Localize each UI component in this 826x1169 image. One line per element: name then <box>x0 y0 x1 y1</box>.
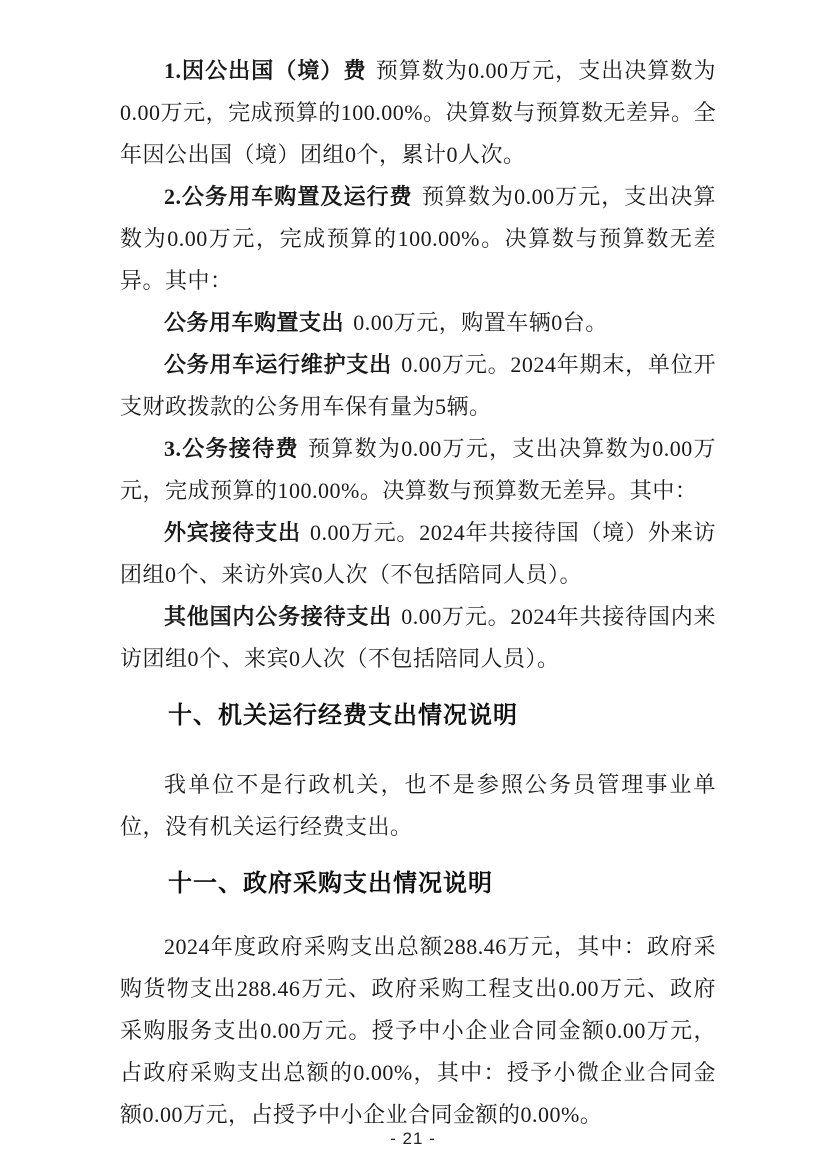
document-page: 1.因公出国（境）费预算数为0.00万元，支出决算数为0.00万元，完成预算的1… <box>0 0 826 1169</box>
para-org-operating-funds: 我单位不是行政机关，也不是参照公务员管理事业单位，没有机关运行经费支出。 <box>120 764 716 848</box>
para-vehicle-purchase-label: 公务用车购置支出 <box>164 310 344 335</box>
page-number: - 21 - <box>0 1129 826 1149</box>
para-vehicle-maintenance: 公务用车运行维护支出0.00万元。2024年期末，单位开支财政拨款的公务用车保有… <box>120 344 716 428</box>
para-official-reception-label: 3.公务接待费 <box>164 436 299 461</box>
para-overseas-travel-expense: 1.因公出国（境）费预算数为0.00万元，支出决算数为0.00万元，完成预算的1… <box>120 50 716 176</box>
para-vehicle-expense: 2.公务用车购置及运行费预算数为0.00万元，支出决算数为0.00万元，完成预算… <box>120 176 716 302</box>
para-vehicle-maintenance-label: 公务用车运行维护支出 <box>164 352 392 377</box>
para-vehicle-purchase-text: 0.00万元，购置车辆0台。 <box>353 310 608 335</box>
para-vehicle-purchase: 公务用车购置支出0.00万元，购置车辆0台。 <box>120 302 716 344</box>
para-foreign-guest-reception: 外宾接待支出0.00万元。2024年共接待国（境）外来访团组0个、来访外宾0人次… <box>120 512 716 596</box>
para-domestic-reception: 其他国内公务接待支出0.00万元。2024年共接待国内来访团组0个、来宾0人次（… <box>120 596 716 680</box>
para-official-reception: 3.公务接待费预算数为0.00万元，支出决算数为0.00万元，完成预算的100.… <box>120 428 716 512</box>
para-vehicle-label: 2.公务用车购置及运行费 <box>164 184 413 209</box>
para-domestic-reception-label: 其他国内公务接待支出 <box>164 604 392 629</box>
para-overseas-travel-label: 1.因公出国（境）费 <box>164 58 367 83</box>
para-foreign-guest-reception-label: 外宾接待支出 <box>164 520 301 545</box>
heading-section-11-gov-procurement: 十一、政府采购支出情况说明 <box>120 866 716 902</box>
heading-section-10-org-operating-funds: 十、机关运行经费支出情况说明 <box>120 698 716 734</box>
para-gov-procurement: 2024年度政府采购支出总额288.46万元，其中：政府采购货物支出288.46… <box>120 926 716 1136</box>
